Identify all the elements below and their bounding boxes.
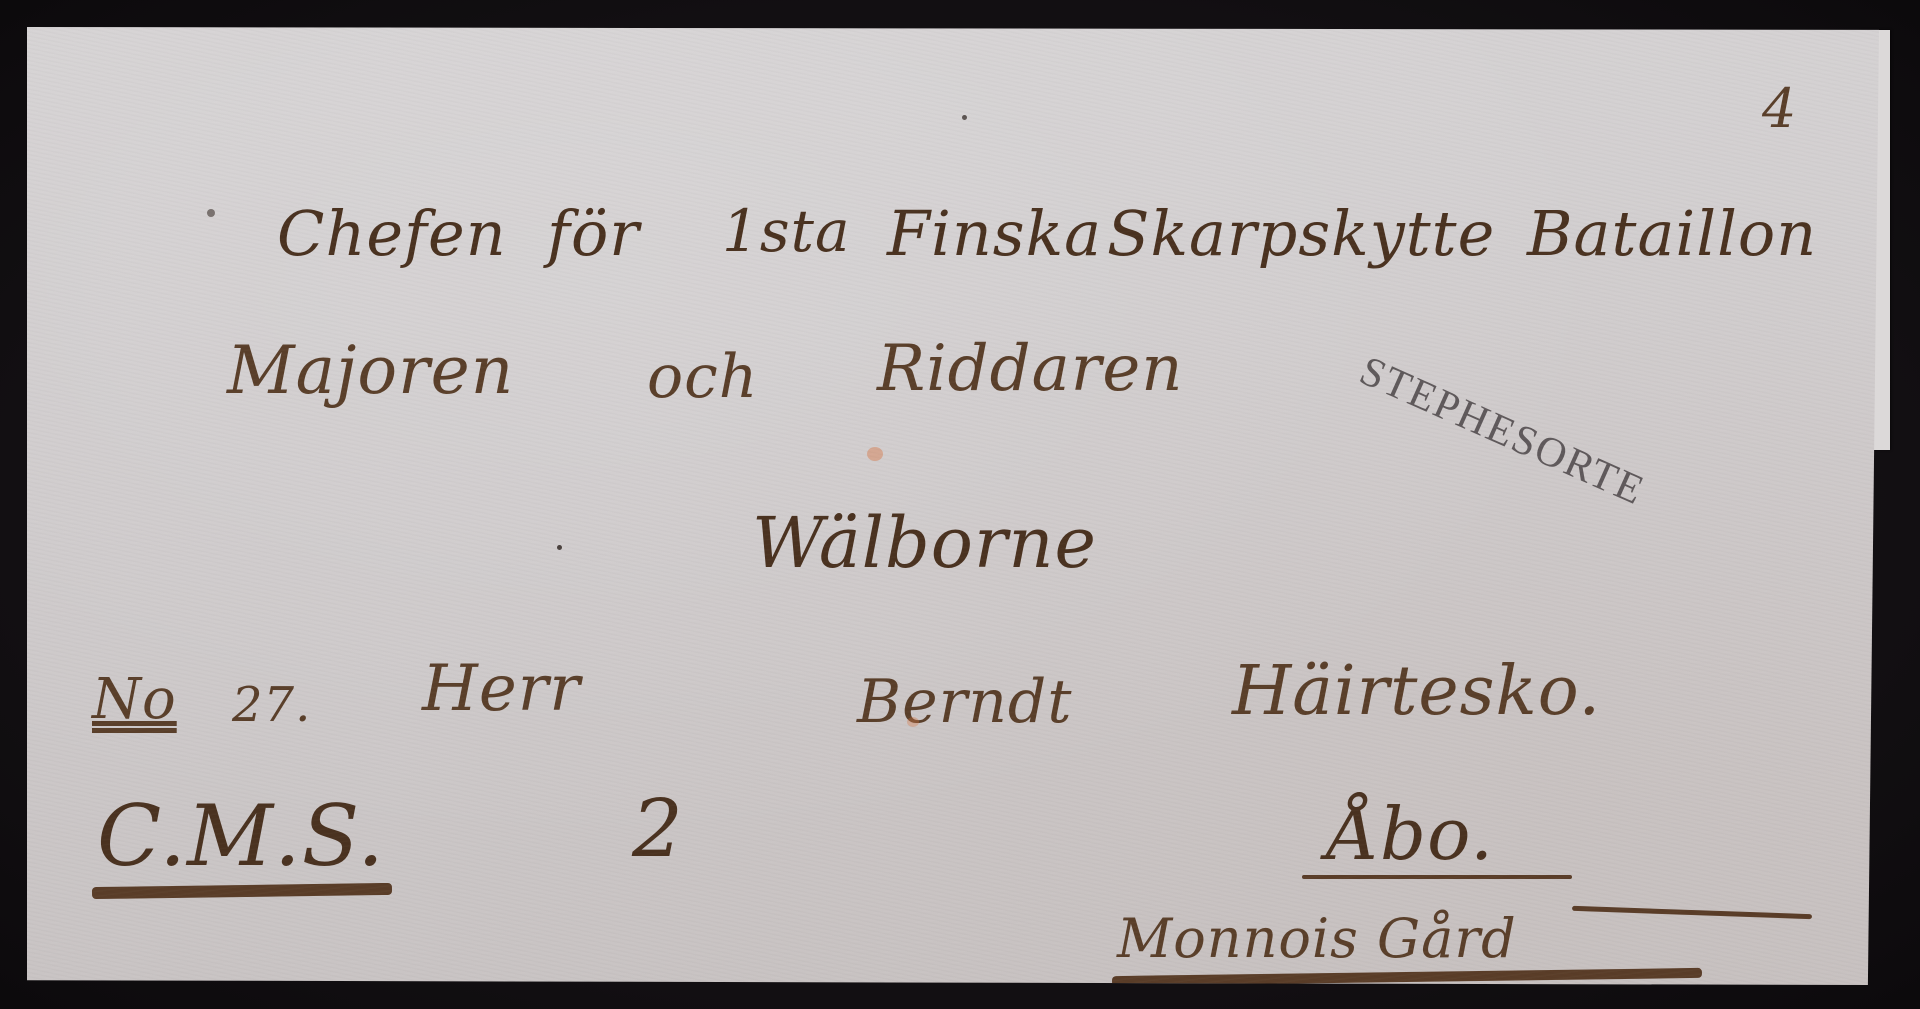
recipient-last-name: Häirtesko. bbox=[1232, 652, 1601, 731]
address-line-1-chefen: Chefen bbox=[277, 197, 507, 270]
ink-dot bbox=[557, 545, 562, 550]
ink-dot bbox=[207, 209, 215, 217]
address-line-3-walborne: Wälborne bbox=[752, 502, 1097, 584]
address-line-1-finska: Finska bbox=[887, 197, 1102, 270]
ink-dot bbox=[962, 115, 967, 120]
address-line-1-ordinal: 1sta bbox=[722, 197, 851, 265]
recipient-first-name: Berndt bbox=[857, 667, 1072, 737]
foxing-spot bbox=[867, 447, 883, 461]
postmark-stamp: STEPHESORTE bbox=[1352, 347, 1652, 516]
destination-street: Monnois Gård bbox=[1117, 907, 1517, 970]
address-line-2-majoren: Majoren bbox=[227, 332, 514, 409]
street-underline bbox=[1112, 968, 1702, 986]
address-line-4-herr: Herr bbox=[422, 652, 581, 726]
destination-city: Åbo. bbox=[1327, 792, 1494, 876]
address-line-1-for: för bbox=[547, 197, 640, 270]
letter-number-prefix: No bbox=[92, 667, 177, 732]
address-line-1-bataillon: Bataillon bbox=[1527, 197, 1817, 270]
postage-rate: 2 bbox=[632, 782, 684, 875]
address-line-2-och: och bbox=[647, 342, 758, 412]
letter-cover: 4 Chefen för 1sta Finska Skarpskytte Bat… bbox=[27, 27, 1879, 985]
address-line-2-riddaren: Riddaren bbox=[877, 332, 1183, 406]
address-line-1-skarpskytte: Skarpskytte bbox=[1107, 197, 1495, 270]
marking-cms-underline bbox=[92, 883, 392, 899]
marking-cms: C.M.S. bbox=[97, 787, 385, 885]
street-flourish bbox=[1572, 906, 1812, 919]
photo-stage: 4 Chefen för 1sta Finska Skarpskytte Bat… bbox=[0, 0, 1920, 1009]
page-number: 4 bbox=[1762, 77, 1797, 140]
city-underline bbox=[1302, 875, 1572, 879]
letter-number-value: 27. bbox=[232, 677, 311, 733]
foxing-spot bbox=[907, 717, 919, 727]
